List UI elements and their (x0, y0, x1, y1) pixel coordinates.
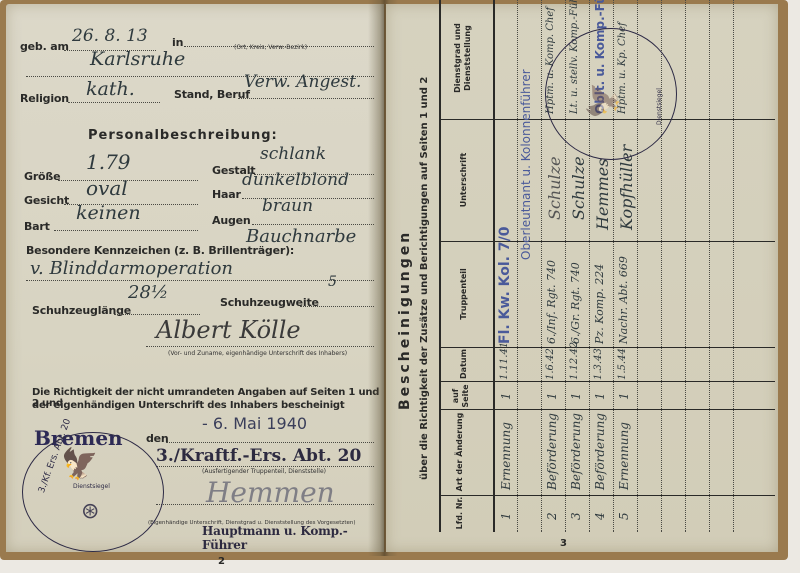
row-3-truppenteil: 6./Gr. Rgt. 740 (569, 262, 582, 344)
religion-label: Religion (20, 92, 69, 105)
dotted-line (166, 442, 374, 443)
shoe-width-label: Schuhzeugweite (220, 296, 319, 309)
dotted-line (68, 102, 160, 103)
eyes-value: braun (262, 196, 313, 216)
row-4-unterschrift: Hemmes (593, 159, 612, 230)
official-seal-left: 3./Kf. Ers. Abt. 20 🦅 Dienstsiegel ⊛ (22, 432, 164, 552)
born-in-hint: (Ort, Kreis, Verw.-Bezirk) (234, 44, 307, 51)
row-1-unterschrift: Oberleutnant u. Kolonnenführer (519, 69, 533, 260)
row-2-nr: 2 (545, 512, 559, 520)
height-label: Größe (24, 170, 60, 183)
dotted-line (26, 280, 374, 281)
holder-signature-caption: (Vor- und Zuname, eigenhändige Unterschr… (168, 350, 347, 357)
issuing-unit: 3./Kraftf.-Ers. Abt. 20 (156, 446, 361, 466)
dotted-line (252, 224, 374, 225)
row-5-datum: 1.5.44 (617, 348, 628, 380)
born-in-value: Karlsruhe (90, 48, 185, 70)
row-1-truppenteil: Fl. Kw. Kol. 7/0 (497, 227, 513, 344)
row-4-seite: 1 (593, 392, 607, 400)
page-number-left: 2 (218, 556, 225, 567)
row-2-unterschrift: Schulze (545, 156, 564, 220)
row-5-nr: 5 (617, 512, 631, 520)
hair-label: Haar (212, 188, 241, 201)
dotted-line (156, 466, 374, 467)
row-4-truppenteil: Pz. Komp. 224 (593, 264, 606, 344)
description-heading: Personalbeschreibung: (88, 128, 278, 143)
row-4-nr: 4 (593, 512, 607, 520)
build-value: schlank (260, 144, 326, 164)
row-3-unterschrift: Schulze (569, 156, 588, 220)
marks-value-2: v. Blinddarmoperation (30, 258, 233, 279)
den-label: den (146, 432, 169, 445)
dotted-line (238, 98, 374, 99)
occupation-value: Verw. Angest. (244, 72, 361, 92)
row-4-art: Beförderung (593, 413, 607, 490)
beard-value: keinen (76, 202, 141, 224)
col-datum: Datum (459, 348, 469, 380)
eyes-label: Augen (212, 214, 251, 227)
row-3-datum: 1.12.42 (569, 342, 580, 380)
certifications-subtitle: über die Richtigkeit der Zusätze und Ber… (419, 77, 430, 480)
row-4-datum: 1.3.43 (593, 348, 604, 380)
dotted-line (156, 504, 374, 505)
row-2-art: Beförderung (545, 413, 559, 490)
row-5-seite: 1 (617, 392, 631, 400)
dotted-line (146, 346, 374, 347)
row-1-seite: 1 (499, 392, 513, 400)
row-1-datum: 1.11.41 (499, 342, 510, 380)
shoe-length-label: Schuhzeuglänge (32, 304, 131, 317)
shoe-width-value: 5 (328, 274, 337, 290)
dotted-line (54, 230, 198, 231)
shoe-length-value: 28½ (128, 282, 168, 303)
col-seite: auf Seite (451, 382, 471, 410)
occupation-label: Stand, Beruf (174, 88, 250, 101)
row-2-datum: 1.6.42 (545, 348, 556, 380)
height-value: 1.79 (86, 150, 131, 174)
certifications-title: Bescheinigungen (397, 230, 413, 410)
row-5-truppenteil: Nachr. Abt. 669 (617, 256, 630, 344)
certification-date: - 6. Mai 1940 (202, 414, 307, 433)
stamp-center-text: Dienstsiegel (73, 483, 110, 490)
religion-value: kath. (86, 78, 135, 100)
marks-value-1: Bauchnarbe (246, 226, 356, 247)
page-number-right: 3 (560, 538, 567, 549)
holder-signature: Albert Kölle (156, 316, 301, 344)
certification-text-2: der eigenhändigen Unterschrift des Inhab… (32, 400, 344, 411)
row-1-nr: 1 (499, 512, 513, 520)
eagle-emblem-icon: 🦅 (61, 447, 98, 482)
row-3-nr: 3 (569, 512, 583, 520)
face-value: oval (86, 176, 128, 200)
face-label: Gesicht (24, 194, 69, 207)
col-truppenteil: Truppenteil (459, 242, 469, 346)
officer-rank: Hauptmann u. Komp.-Führer (202, 524, 384, 552)
col-unterschrift: Unterschrift (459, 120, 469, 240)
beard-label: Bart (24, 220, 50, 233)
eagle-emblem-icon: 🦅 (586, 82, 621, 119)
row-3-art: Beförderung (569, 413, 583, 490)
wreath-emblem-icon: ⊛ (81, 499, 99, 524)
unit-caption: (Ausfertigender Truppenteil, Dienststell… (202, 468, 326, 475)
row-1-art: Ernennung (499, 422, 513, 490)
row-5-art: Ernennung (617, 422, 631, 490)
stamp-text: Dienstsiegel (656, 88, 663, 125)
col-lfd-nr: Lfd. Nr. (455, 496, 465, 530)
certifications-table: Bescheinigungen über die Richtigkeit der… (395, 0, 775, 560)
born-on-value: 26. 8. 13 (72, 26, 148, 46)
col-dienstgrad: Dienstgrad und Dienststellung (453, 0, 473, 118)
official-seal-right: 🦅 Dienstsiegel (545, 28, 677, 160)
col-art: Art der Änderung (455, 410, 465, 494)
dotted-line (114, 314, 200, 315)
dotted-line (300, 306, 374, 307)
dotted-line (58, 180, 198, 181)
row-3-seite: 1 (569, 392, 583, 400)
hair-value: dunkelblond (242, 170, 349, 190)
row-2-seite: 1 (545, 392, 559, 400)
left-page: geb. am 26. 8. 13 in (Ort, Kreis, Verw.-… (6, 4, 384, 552)
born-on-label: geb. am (20, 40, 69, 53)
row-2-truppenteil: 6./Inf. Rgt. 740 (545, 260, 558, 344)
